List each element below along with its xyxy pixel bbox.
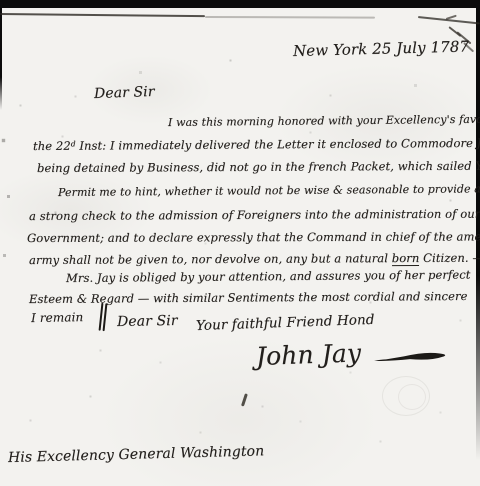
fold-crease-left bbox=[0, 13, 205, 17]
body-line: the 22d Inst: I immediately delivered th… bbox=[33, 135, 480, 153]
signature-flourish-dash bbox=[374, 350, 451, 366]
scan-left-border bbox=[0, 0, 2, 110]
body-line: Permit me to hint, whether it would not … bbox=[58, 182, 480, 199]
body-line: Government; and to declare expressly tha… bbox=[27, 229, 480, 245]
valediction: Your faithful Friend Hond bbox=[196, 312, 375, 334]
stain-ring bbox=[398, 384, 426, 410]
body-line: Mrs. Jay is obliged by your attention, a… bbox=[66, 267, 471, 285]
body-text: the 22 bbox=[33, 139, 71, 153]
body-line: army shall not be given to, nor devolve … bbox=[29, 251, 480, 267]
body-line: Esteem & Regard — with similar Sentiment… bbox=[29, 289, 468, 306]
letter-scan: New York 25 July 1787 Dear Sir I was thi… bbox=[0, 0, 480, 486]
body-text: Citizen. — bbox=[419, 251, 480, 265]
body-line: a strong check to the admission of Forei… bbox=[29, 206, 480, 223]
dateline: New York 25 July 1787 bbox=[293, 37, 470, 60]
signature: John Jay bbox=[255, 338, 361, 371]
underlined-word: born bbox=[392, 251, 420, 266]
ink-double-bar-mark bbox=[99, 303, 109, 332]
closing-dear-sir: Dear Sir bbox=[117, 313, 178, 330]
body-line: being detained by Business, did not go i… bbox=[37, 158, 480, 175]
scan-top-border bbox=[0, 0, 480, 8]
body-line: I was this morning honored with your Exc… bbox=[168, 112, 480, 129]
paper-specks bbox=[0, 0, 1, 1]
salutation: Dear Sir bbox=[94, 84, 155, 102]
fold-crease-middle bbox=[205, 16, 375, 18]
body-text: army shall not be given to, nor devolve … bbox=[29, 251, 392, 267]
body-line: I remain bbox=[31, 310, 84, 325]
address-line: His Excellency General Washington bbox=[8, 443, 265, 466]
body-text: Inst: I immediately delivered the Letter… bbox=[76, 135, 480, 152]
stray-pen-stroke bbox=[241, 393, 247, 406]
